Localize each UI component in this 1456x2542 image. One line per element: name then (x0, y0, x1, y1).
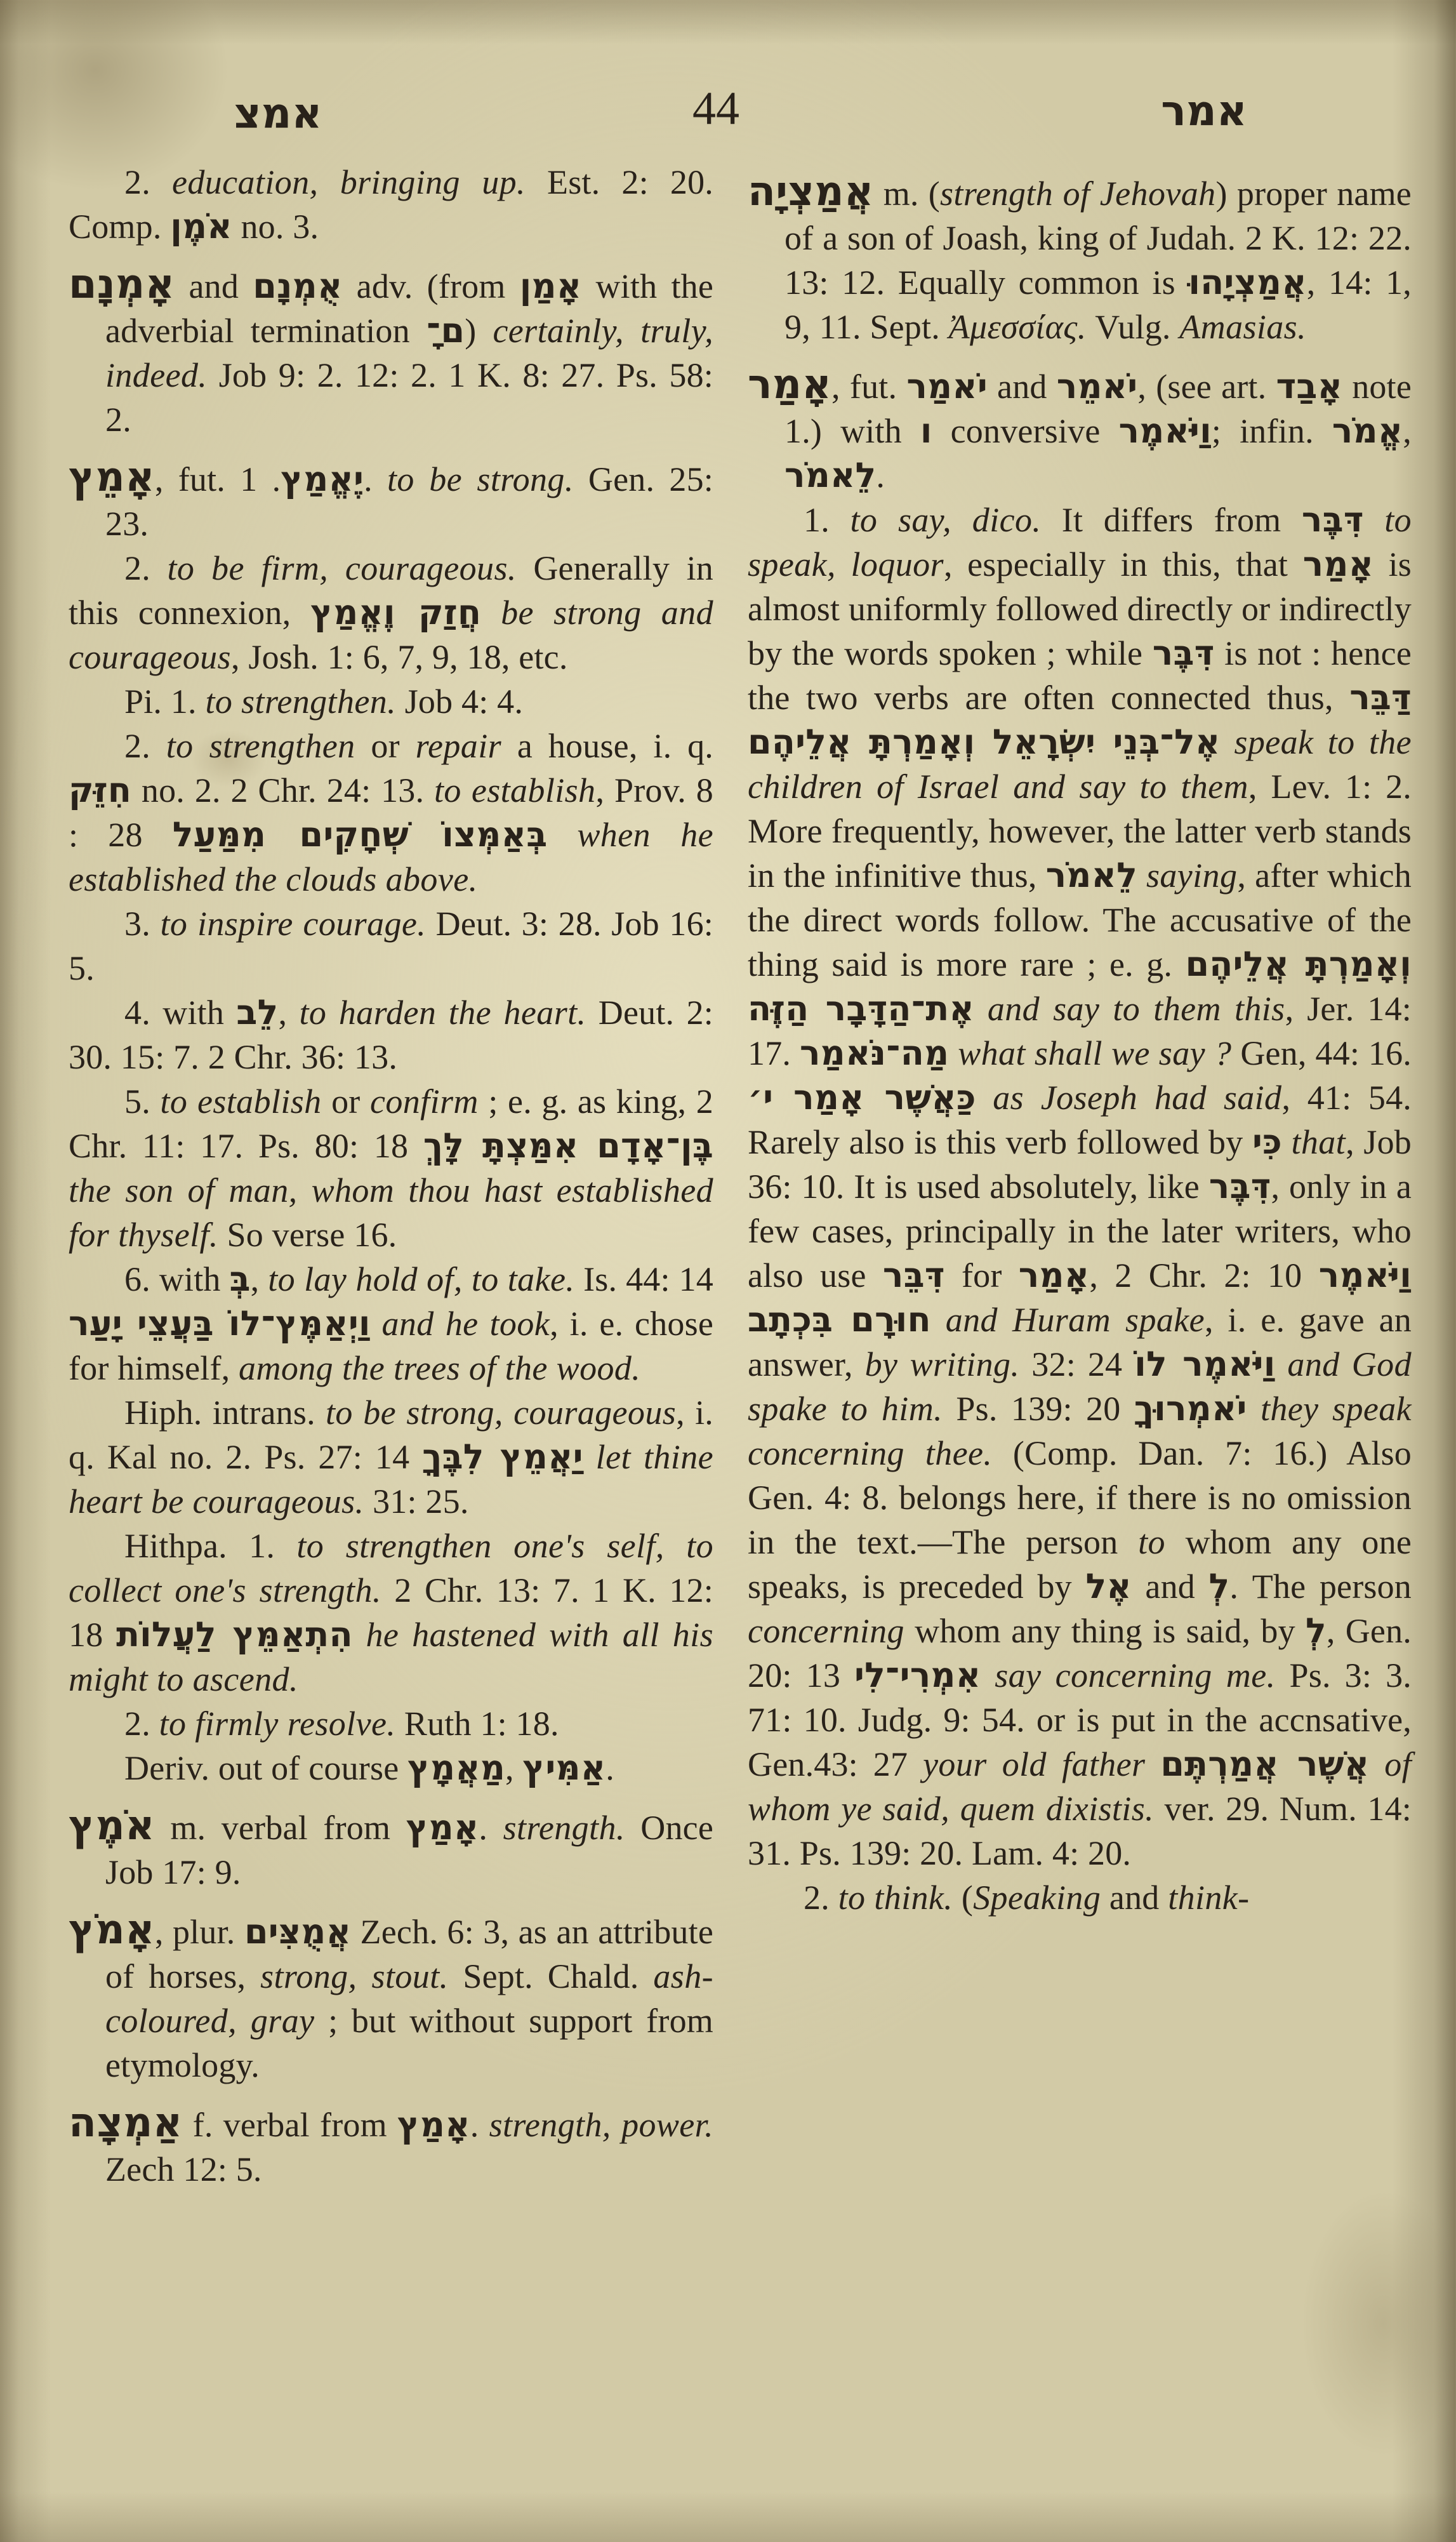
hebrew-inline: וַיֹּאמֶר (1119, 411, 1212, 451)
paragraph: 3. to inspire courage. Deut. 3: 28. Job … (69, 902, 713, 990)
hebrew-inline: יֶאֱמַץ (281, 459, 364, 499)
paragraph: 2. education, bringing up. Est. 2: 20. C… (69, 160, 713, 249)
hebrew-inline: אֻמְנָם (253, 266, 342, 306)
hebrew-inline: אַמִּיץ (522, 1748, 606, 1788)
hebrew-inline: לֵב (236, 992, 278, 1032)
hebrew-inline: אָמַן (520, 266, 582, 306)
entry-text: f. verbal from אָמַץ. strength, power. Z… (105, 2106, 713, 2188)
page-number: 44 (659, 85, 773, 132)
entry-text: 2. to think. (Speaking and think- (804, 1879, 1250, 1917)
entry-text: Deriv. out of course מַאֲמָץ‎, אַמִּיץ‎. (124, 1749, 614, 1787)
hebrew-inline: יַאֲמֵץ לִבֶּךָ (422, 1437, 583, 1477)
hebrew-inline: אֶל (1085, 1566, 1131, 1606)
hebrew-inline: אָמַץ (397, 2105, 470, 2145)
paragraph: 2. to firmly resolve. Ruth 1: 18. (69, 1701, 713, 1746)
entry-text: Pi. 1. to strengthen. Job 4: 4. (124, 682, 523, 721)
hebrew-inline: אֲשֶׁר אֲמַרְתֶּם (1160, 1744, 1369, 1784)
paragraph: Hithpa. 1. to strengthen one's self, to … (69, 1524, 713, 1701)
paragraph: 2. to think. (Speaking and think- (748, 1875, 1412, 1920)
entry-text: 2. to be firm, courageous. Generally in … (69, 549, 713, 676)
paragraph: 4. with לֵב‎, to harden the heart. Deut.… (69, 990, 713, 1079)
hebrew-headword: אָמֹץ (69, 1906, 155, 1953)
entry-text: 5. to establish or confirm ; e. g. as ki… (69, 1082, 713, 1254)
hebrew-inline: וַיְאַמֶּץ־לוֹ בַּעֲצֵי יָעַר (69, 1303, 371, 1343)
hebrew-inline: כַּאֲשֶׁר אָמַר י׳ (748, 1077, 976, 1117)
hebrew-inline: כִּי (1252, 1122, 1282, 1162)
paragraph: 2. to be firm, courageous. Generally in … (69, 546, 713, 679)
hebrew-inline: חֲזַק וֶאֱמַץ (310, 592, 481, 632)
lexicon-entry: אֲמַצְיָה m. (strength of Jehovah) prope… (748, 171, 1412, 349)
entry-text: 4. with לֵב‎, to harden the heart. Deut.… (69, 994, 713, 1076)
hebrew-inline: בְּאַמְּצוֹ שְׁחָקִים מִמַּעַל (173, 815, 548, 855)
lexicon-entry: אָמֹץ, plur. אֲמֻצִּים Zech. 6: 3, as an… (69, 1910, 713, 2087)
hebrew-inline: ו (920, 411, 932, 451)
hebrew-headword: אָמְנָם (69, 261, 175, 308)
lexicon-entry: אֹמֶץ m. verbal from אָמַץ. strength. On… (69, 1806, 713, 1894)
entry-text: , fut. יֶאֱמַץ. 1. to be strong. Gen. 25… (105, 460, 713, 543)
lexicon-entry: אָמֵץ, fut. יֶאֱמַץ. 1. to be strong. Ge… (69, 457, 713, 546)
hebrew-inline: דִּבֶּר (1302, 500, 1364, 540)
hebrew-inline: לְ (1306, 1611, 1327, 1651)
hebrew-headword: אֲמַצְיָה (748, 168, 874, 215)
hebrew-inline: לֵאמֹר (1046, 855, 1137, 895)
entry-text: 2. education, bringing up. Est. 2: 20. C… (69, 163, 713, 246)
entry-text: and אֻמְנָם adv. (from אָמַן with the ad… (105, 267, 713, 439)
right-column: אֲמַצְיָה m. (strength of Jehovah) prope… (748, 156, 1412, 1920)
hebrew-inline: מַאֲמָץ (407, 1748, 505, 1788)
hebrew-inline: מַה־נֹּאמַר (800, 1033, 949, 1073)
entry-text: 3. to inspire courage. Deut. 3: 28. Job … (69, 905, 713, 987)
entry-text: 2. to firmly resolve. Ruth 1: 18. (124, 1705, 559, 1743)
hebrew-inline: יֹאמְרוּךָ (1134, 1388, 1247, 1428)
paragraph: 6. with בְּ‎, to lay hold of, to take. I… (69, 1257, 713, 1390)
paragraph: Pi. 1. to strengthen. Job 4: 4. (69, 679, 713, 724)
entry-text: Hiph. intrans. to be strong, courageous,… (69, 1394, 713, 1521)
paragraph: 5. to establish or confirm ; e. g. as ki… (69, 1079, 713, 1257)
entry-text: 1. to say, dico. It differs from דִּבֶּר… (748, 501, 1412, 1872)
hebrew-inline: יֹאמַר (906, 366, 988, 406)
entry-text: 6. with בְּ‎, to lay hold of, to take. I… (69, 1260, 713, 1387)
left-column: 2. education, bringing up. Est. 2: 20. C… (69, 160, 713, 2192)
hebrew-inline: ם־ָ (427, 310, 465, 350)
hebrew-inline: דִּבֶּר (1153, 633, 1215, 673)
hebrew-inline: אֲמֻצִּים (244, 1912, 351, 1952)
entry-text: , plur. אֲמֻצִּים Zech. 6: 3, as an attr… (105, 1913, 713, 2084)
entry-text: m. (strength of Jehovah) proper name of … (784, 175, 1412, 346)
hebrew-headword: אָמֵץ (69, 454, 155, 501)
hebrew-inline: אִמְרִי־לִי (854, 1655, 981, 1695)
paragraph: Deriv. out of course מַאֲמָץ‎, אַמִּיץ‎. (69, 1746, 713, 1790)
scanned-lexicon-page: אמצ 44 אמר 2. education, bringing up. Es… (0, 0, 1456, 2542)
paragraph: 2. to strengthen or repair a house, i. q… (69, 724, 713, 902)
hebrew-inline: אָבַד (1276, 366, 1342, 406)
lexicon-entry: אָמַר, fut. יֹאמַר and יֹאמֵר‎, (see art… (748, 364, 1412, 498)
hebrew-inline: אֹמֶן (170, 206, 232, 246)
hebrew-inline: דִּבֵּר (883, 1255, 945, 1295)
hebrew-headword: אָמַר (748, 361, 831, 408)
lexicon-entry: אָמְנָם and אֻמְנָם adv. (from אָמַן wit… (69, 264, 713, 442)
hebrew-inline: הִתְאַמֵּץ לַעֲלוֹת (116, 1614, 353, 1654)
hebrew-headword: אַמְצָה (69, 2099, 182, 2146)
hebrew-inline: לֵאמֹר (784, 455, 876, 495)
hebrew-inline: יֹאמֵר (1057, 366, 1138, 406)
hebrew-inline: וַיֹּאמֶר לוֹ (1134, 1344, 1275, 1384)
entry-text: m. verbal from אָמַץ. strength. Once Job… (105, 1809, 713, 1891)
header-catchword-right: אמר (1144, 90, 1264, 132)
paragraph: Hiph. intrans. to be strong, courageous,… (69, 1390, 713, 1524)
entry-text: 2. to strengthen or repair a house, i. q… (69, 727, 713, 898)
hebrew-inline: דִּבֶּר (1209, 1166, 1271, 1206)
hebrew-inline: אֲמַצְיָהוּ (1188, 262, 1306, 302)
hebrew-inline: בְּ (230, 1259, 251, 1299)
hebrew-inline: אָמַץ (406, 1807, 479, 1847)
hebrew-inline: אָמַר (1019, 1255, 1090, 1295)
entry-text: , fut. יֹאמַר and יֹאמֵר‎, (see art. אָב… (784, 368, 1412, 495)
paper-stain (1301, 2190, 1456, 2457)
entry-text: Hithpa. 1. to strengthen one's self, to … (69, 1527, 713, 1698)
header-catchword-left: אמצ (221, 93, 335, 135)
hebrew-inline: אָמַר (1303, 544, 1374, 584)
hebrew-inline: לְ (1209, 1566, 1230, 1606)
hebrew-inline: אֱמֹר (1332, 411, 1403, 451)
hebrew-inline: חִזֵּק (69, 770, 131, 810)
paragraph: 1. to say, dico. It differs from דִּבֶּר… (748, 498, 1412, 1875)
hebrew-inline: בֶּן־אָדָם אִמַּצְתָּ לָּךְ (423, 1126, 713, 1166)
hebrew-headword: אֹמֶץ (69, 1802, 155, 1849)
lexicon-entry: אַמְצָה f. verbal from אָמַץ. strength, … (69, 2103, 713, 2192)
